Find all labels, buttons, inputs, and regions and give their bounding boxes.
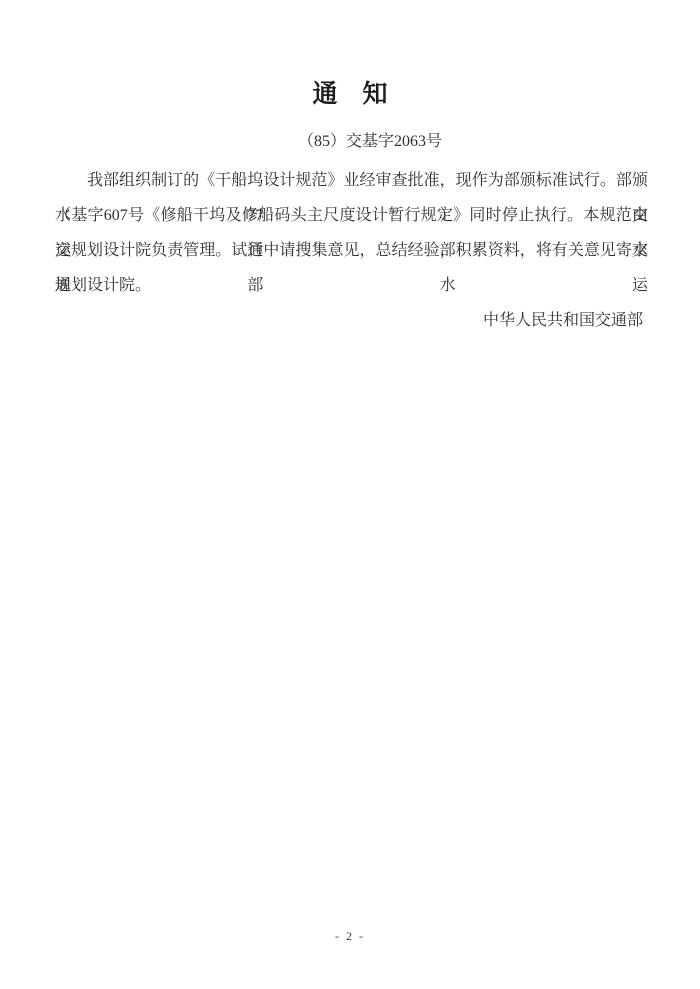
notice-body: 我部组织制订的《干船坞设计规范》业经审查批准，现作为部颁标准试行。部颁（77）交…: [55, 163, 648, 303]
paragraph-line-3: 运规划设计院负责管理。试行中请搜集意见，总结经验，积累资料，将有关意见寄交通部水…: [55, 233, 648, 268]
document-number: （85）交基字2063号: [20, 131, 700, 153]
document-page: 通 知 （85）交基字2063号 我部组织制订的《干船坞设计规范》业经审查批准，…: [0, 0, 700, 989]
signature: 中华人民共和国交通部: [483, 311, 643, 331]
paragraph-line-2: 水基字607号《修船干坞及修船码头主尺度设计暂行规定》同时停止执行。本规范由交通…: [55, 198, 648, 233]
paragraph-line-1: 我部组织制订的《干船坞设计规范》业经审查批准，现作为部颁标准试行。部颁（77）交: [55, 163, 648, 198]
notice-title: 通 知: [0, 80, 700, 110]
page-number: - 2 -: [0, 928, 700, 944]
